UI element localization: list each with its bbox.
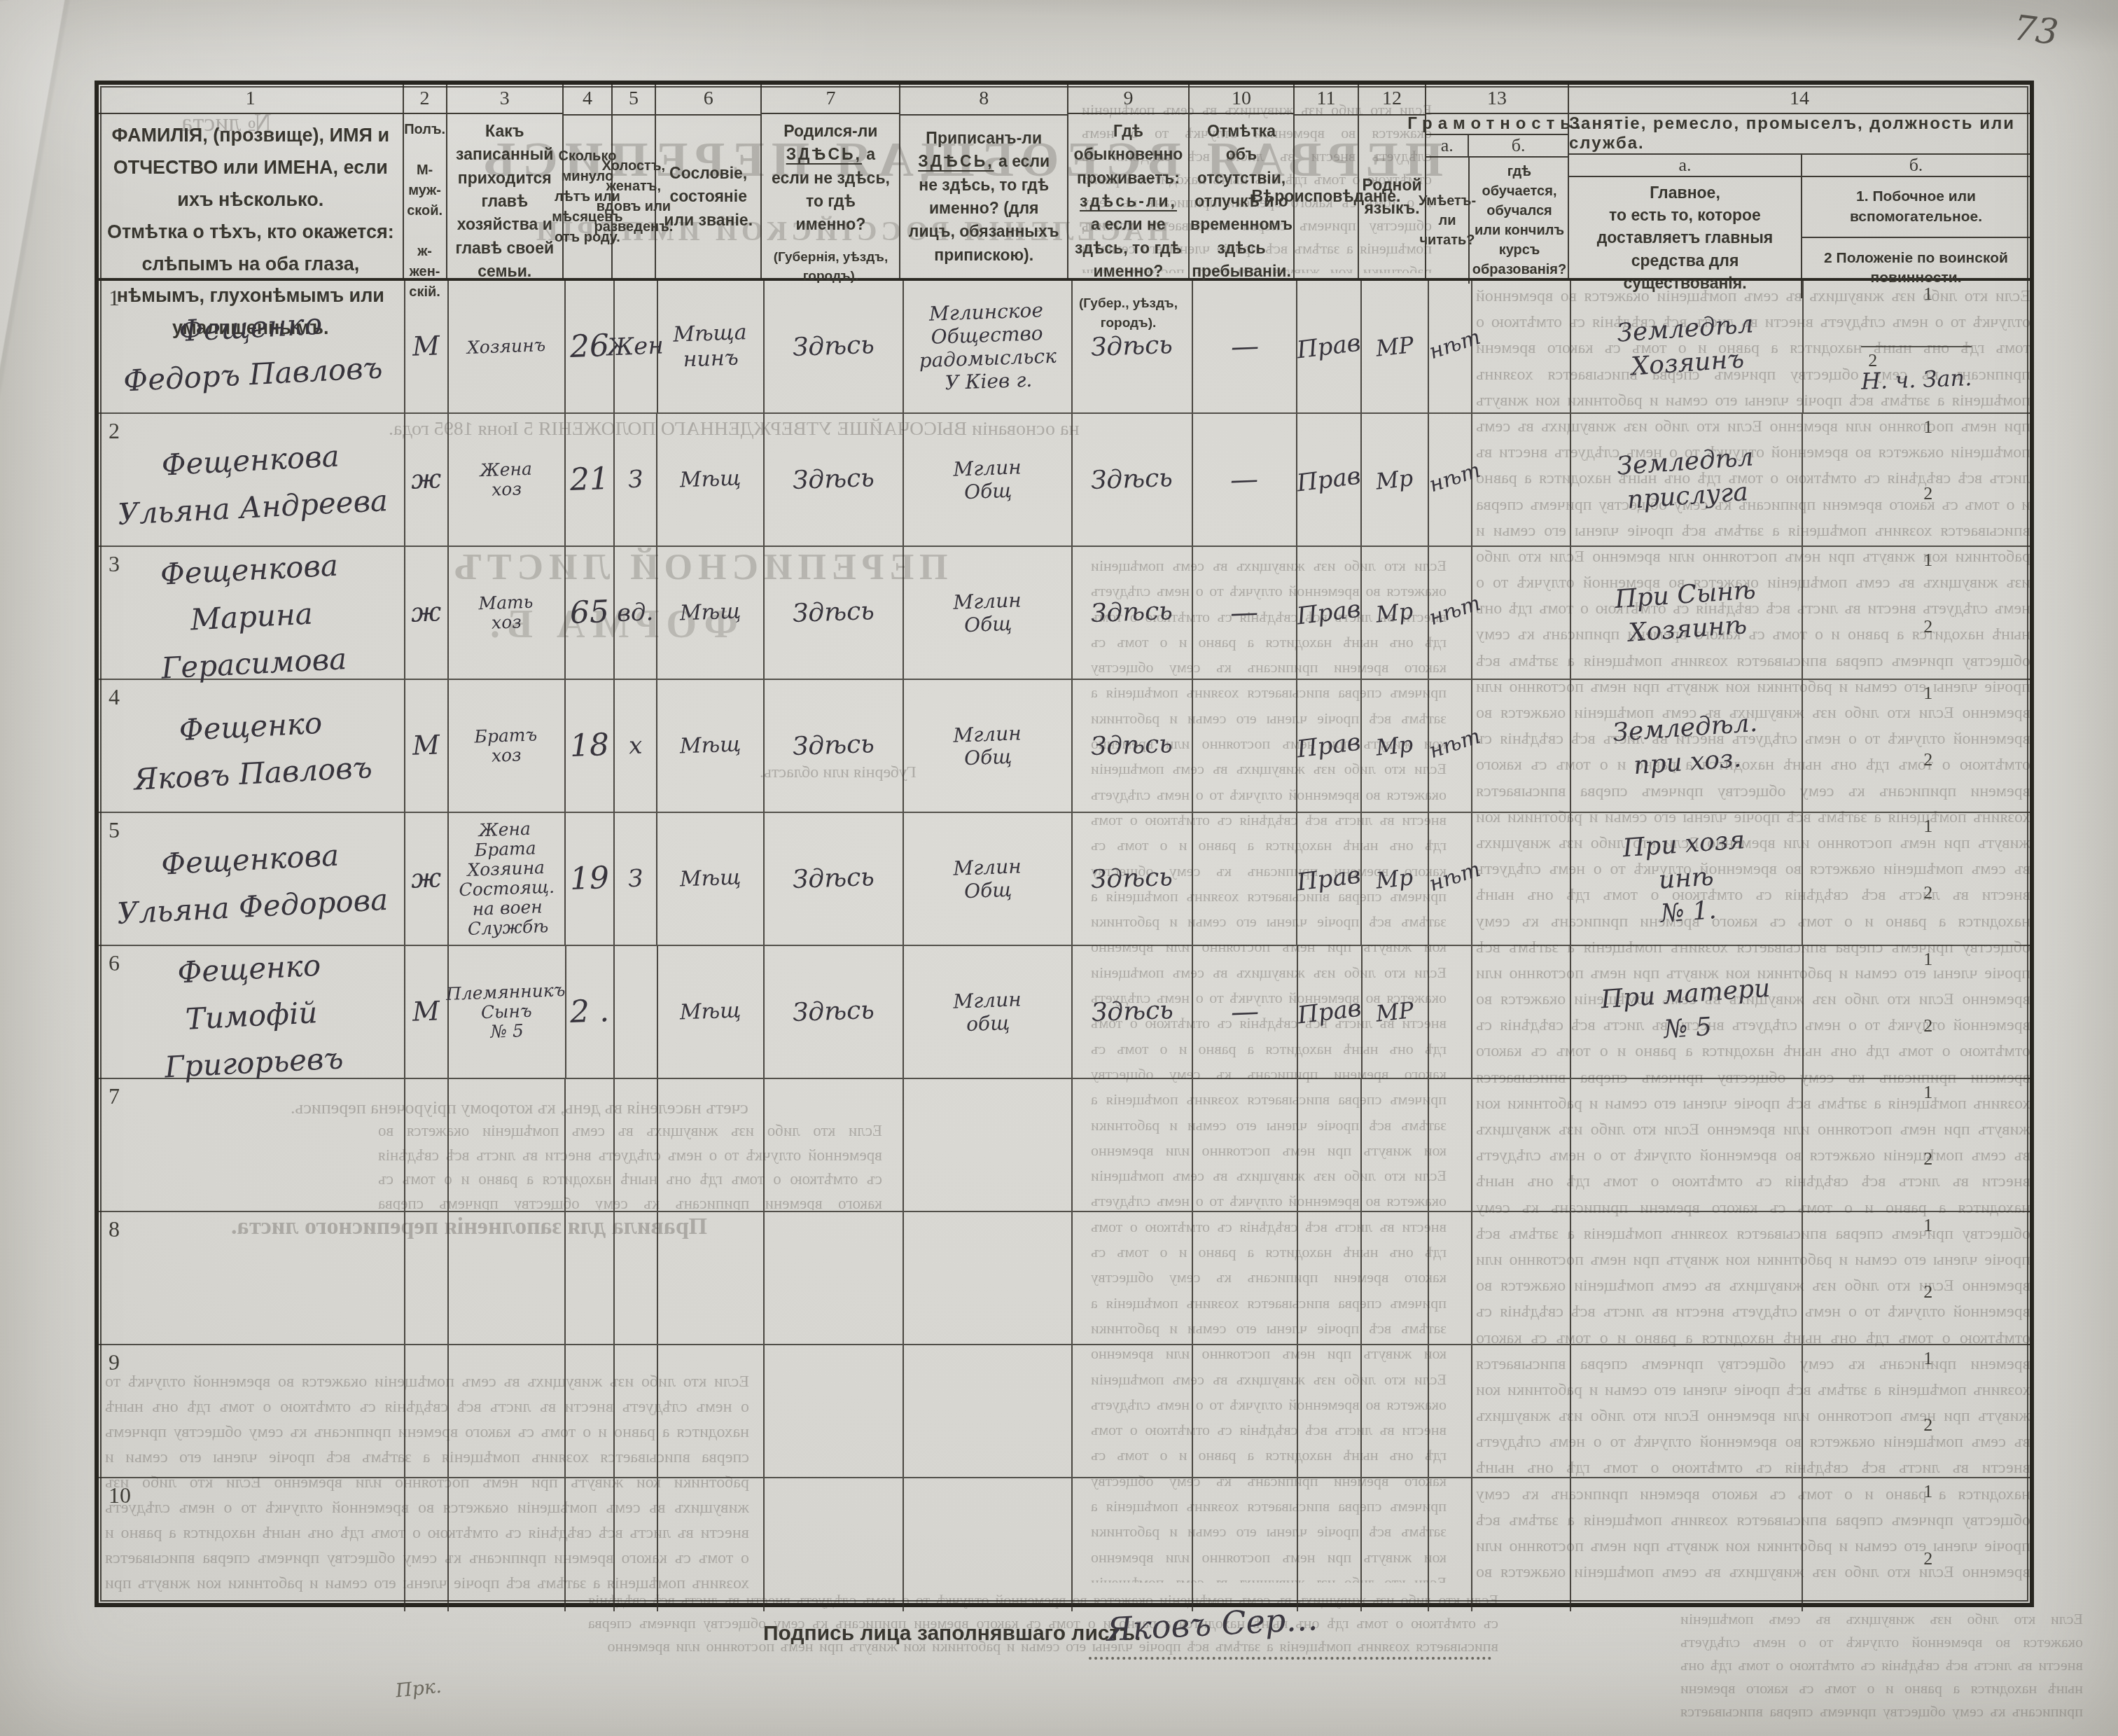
handwritten-entry: Прав: [1296, 994, 1363, 1030]
cell-c13a: [1429, 1212, 1472, 1344]
cell-c6: Мѣщ: [657, 547, 764, 679]
handwritten-entry: ж: [410, 596, 442, 629]
cell-c13b: [1472, 946, 1571, 1078]
printed-sub-number: 1: [1923, 284, 1932, 305]
cell-c7: Здѣсь: [765, 680, 904, 812]
cell-c9: [1073, 1079, 1193, 1211]
handwritten-entry: При Сынѣ Хозяинѣ: [1614, 574, 1760, 651]
table-row: 1012: [99, 1478, 2030, 1611]
cell-c8: [904, 1079, 1073, 1211]
cell-c3: [449, 1345, 566, 1477]
census-table: 1 ФАМИЛІЯ, (прозвище), ИМЯ и ОТЧЕСТВО ил…: [95, 81, 2034, 1607]
cell-c13b: [1472, 547, 1571, 679]
table-row: 812: [99, 1212, 2030, 1345]
cell-c1: 4Фещенко Яковъ Павловъ: [99, 680, 405, 812]
cell-c13b: [1472, 414, 1571, 546]
cell-c5: вд.: [615, 547, 658, 679]
cell-c13b: [1472, 813, 1571, 945]
handwritten-entry: Здѣсь: [792, 596, 875, 629]
printed-sub-number: 1: [1923, 417, 1932, 438]
table-row: 5Фещенкова Ульяна ФедороважЖена Брата Хо…: [99, 813, 2030, 946]
cell-c5: [615, 1478, 658, 1611]
handwritten-entry: МР: [1374, 997, 1415, 1027]
cell-c1: 10: [99, 1478, 405, 1611]
cell-c2: М: [405, 680, 449, 812]
column-title: Сословіе, состояніе или званіе.: [656, 116, 760, 278]
cell-c12: [1362, 1079, 1429, 1211]
cell-c14b: 12Н. ч. Зап.: [1804, 281, 2030, 412]
sub-label-b: б.: [1469, 135, 1568, 156]
handwritten-entry: Мглинское Общество радомысльск У Кіев г.: [917, 298, 1058, 396]
column-header-13-literacy: 13 Грамотность. а. б. Умѣетъ-ли читать? …: [1426, 85, 1569, 278]
handwritten-entry: 2 .: [570, 993, 611, 1032]
column-title: Холостъ, женатъ, вдовъ или разведенъ.: [613, 116, 655, 278]
cell-c11: [1298, 1478, 1363, 1611]
table-row: 2Фещенкова Ульяна АндрееважЖена хоз21ЗМѣ…: [99, 414, 2030, 547]
cell-c8: [904, 1478, 1073, 1611]
handwritten-entry: Здѣсь: [792, 463, 875, 496]
title-text: Родился-ли: [783, 122, 877, 140]
cell-c13b: [1472, 1079, 1571, 1211]
sub-title-a: Главное, то есть то, которое доставляетъ…: [1569, 177, 1802, 298]
cell-c13a: нѣт: [1429, 680, 1472, 812]
handwritten-entry: Мр: [1374, 464, 1414, 495]
cell-c8: Мглин общ: [904, 946, 1073, 1078]
cell-c4: 21: [566, 414, 615, 546]
handwritten-entry: Мѣщ: [679, 466, 741, 493]
cell-c14a: [1571, 1212, 1804, 1344]
printed-sub-number: 1: [1923, 550, 1932, 571]
handwritten-entry: Мглин Общ: [952, 854, 1022, 903]
cell-c4: [566, 1478, 615, 1611]
cell-c4: [566, 1079, 615, 1211]
handwritten-entry: Здѣсь: [793, 995, 875, 1028]
handwritten-entry: Здѣсь: [1091, 463, 1173, 496]
cell-c4: [566, 1212, 615, 1344]
printed-sub-number: 2: [1923, 483, 1932, 504]
cell-c9: Здѣсь: [1073, 813, 1193, 945]
printed-sub-number: 1: [1923, 816, 1932, 837]
cell-c2: [405, 1345, 449, 1477]
handwritten-entry: М: [412, 730, 440, 763]
printed-sub-number: 1: [1923, 1481, 1932, 1502]
cell-c12: МР: [1363, 946, 1430, 1078]
cell-c13b: [1472, 680, 1571, 812]
cell-c13a: нѣт: [1429, 414, 1472, 546]
cell-c2: [405, 1079, 449, 1211]
handwritten-entry: Прав: [1295, 861, 1363, 897]
cell-c7: [765, 1212, 904, 1344]
sub-title-b: гдѣ обучается, обучался или кончилъ курс…: [1470, 158, 1569, 284]
cell-c6: [658, 1478, 765, 1611]
row-number: 8: [109, 1216, 120, 1242]
cell-c4: 65: [566, 547, 615, 679]
handwritten-entry: Мр: [1374, 730, 1414, 761]
printed-sub-number: 2: [1923, 749, 1932, 770]
cell-c2: М: [405, 281, 449, 412]
handwritten-entry: Земледѣл прислуга: [1616, 441, 1757, 519]
column-number: 14: [1569, 85, 2030, 114]
cell-c11: Прав: [1297, 414, 1362, 546]
column-header-14-occupation: 14 Занятіе, ремесло, промыселъ, должност…: [1569, 85, 2030, 278]
cell-c11: Прав: [1297, 680, 1362, 812]
handwritten-entry: ж: [410, 463, 442, 496]
column-header-5: 5 Холостъ, женатъ, вдовъ или разведенъ.: [613, 85, 656, 278]
handwritten-entry: Мѣща нинъ: [673, 320, 748, 373]
cell-c9: Здѣсь: [1073, 414, 1193, 546]
handwritten-entry: Здѣсь: [1091, 862, 1173, 895]
handwritten-entry: ж: [410, 862, 442, 895]
cell-c10: —: [1193, 946, 1297, 1078]
column-title: Вѣроисповѣданіе.: [1295, 116, 1358, 278]
handwritten-entry: Мглин Общ: [952, 455, 1022, 504]
column-header-11: 11 Вѣроисповѣданіе.: [1295, 85, 1359, 278]
cell-c1: 7: [99, 1079, 405, 1211]
column-number: 10: [1190, 85, 1293, 114]
handwritten-entry: МР: [1374, 331, 1415, 362]
cell-c13b: [1472, 281, 1571, 412]
handwritten-entry: Здѣсь: [1091, 330, 1173, 363]
handwritten-entry: При матери № 5: [1600, 972, 1774, 1052]
cell-c9: Здѣсь: [1073, 680, 1193, 812]
handwritten-entry: Братъ хоз: [475, 725, 539, 766]
column-number: 5: [613, 85, 655, 116]
handwritten-entry: Жен: [606, 331, 664, 362]
handwritten-entry: —: [1230, 595, 1260, 630]
sub-title-b1: 1. Побочное или вспомогательное.: [1802, 177, 2030, 238]
cell-c10: [1193, 680, 1297, 812]
handwritten-entry: Жена хоз: [480, 459, 533, 501]
title-text: Приписанъ-ли: [926, 129, 1042, 147]
cell-c3: [449, 1212, 566, 1344]
column-title: Родной языкъ.: [1359, 116, 1425, 278]
cell-c8: Мглинское Общество радомысльск У Кіев г.: [904, 281, 1073, 412]
cell-c13a: [1429, 946, 1472, 1078]
row-number: 7: [109, 1083, 120, 1109]
handwritten-entry: Мѣщ: [679, 599, 741, 626]
handwritten-entry: Прав: [1295, 595, 1363, 631]
printed-sub-number: 1: [1923, 1215, 1932, 1236]
column-header-3: 3 Какъ записанный приходится главѣ хозяй…: [447, 85, 564, 278]
cell-c11: [1298, 1345, 1363, 1477]
column-number: 11: [1295, 85, 1358, 116]
cell-c7: Здѣсь: [765, 281, 904, 412]
cell-c14b: 12: [1803, 1345, 2030, 1477]
cell-c13a: [1429, 1478, 1472, 1611]
cell-c10: [1193, 1079, 1297, 1211]
cell-c12: Мр: [1362, 414, 1429, 546]
cell-c2: ж: [405, 414, 449, 546]
handwritten-entry: —: [1230, 994, 1260, 1029]
table-header: 1 ФАМИЛІЯ, (прозвище), ИМЯ и ОТЧЕСТВО ил…: [99, 85, 2030, 281]
cell-c13a: [1429, 1345, 1472, 1477]
cell-c1: 8: [99, 1212, 405, 1344]
cell-c9: [1073, 1345, 1193, 1477]
handwritten-entry: Жена Брата Хозяина Состоящ. на воен Служ…: [457, 819, 556, 940]
handwritten-entry: Мать хоз: [478, 592, 534, 634]
column-number: 12: [1359, 85, 1425, 116]
sub-title-a: Умѣетъ-ли читать?: [1426, 158, 1470, 284]
cell-c3: Племянникъ Сынъ № 5: [449, 946, 566, 1078]
handwritten-entry: Мр: [1374, 597, 1414, 628]
title-text: а если не здѣсь, то гдѣ именно?: [1075, 215, 1182, 280]
handwritten-entry: Здѣсь: [1091, 995, 1173, 1028]
column-title: Полъ. М-муж- ской. ж-жен- скій.: [404, 114, 446, 308]
table-row: 712: [99, 1079, 2030, 1212]
handwritten-entry: Мглин Общ: [952, 588, 1022, 637]
cell-c2: М: [405, 946, 449, 1078]
printed-sub-number: 1: [1923, 683, 1932, 704]
printed-sub-number: 2: [1923, 882, 1932, 903]
cell-c9: [1073, 1478, 1193, 1611]
cell-c8: [904, 1345, 1073, 1477]
cell-c6: [658, 1345, 765, 1477]
printed-sub-number: 1: [1923, 1082, 1932, 1103]
handwritten-entry: 26: [569, 328, 610, 366]
cell-c6: [658, 1212, 765, 1344]
sub-title-b: 1. Побочное или вспомогательное. 2 Полож…: [1802, 177, 2030, 298]
handwritten-entry: х: [628, 731, 643, 760]
cell-c4: 19: [566, 813, 615, 945]
cell-c8: Мглин Общ: [904, 414, 1073, 546]
cell-c3: Мать хоз: [449, 547, 566, 679]
cell-c5: [615, 1079, 658, 1211]
column-header-7: 7 Родился-ли ЗДѢСЬ, а если не здѣсь, то …: [762, 85, 900, 278]
column-number: 8: [900, 85, 1067, 116]
handwritten-entry: З: [627, 465, 643, 494]
cell-c14b: 12: [1803, 414, 2030, 546]
cell-c14a: Земледѣл. при хоз.: [1571, 680, 1803, 812]
handwritten-entry: —: [1230, 462, 1260, 497]
cell-c1: 9: [99, 1345, 405, 1477]
handwritten-entry: Фещенко Тимофій Григорьевъ: [95, 929, 407, 1095]
cell-c4: [566, 1345, 615, 1477]
cell-c8: Мглин Общ: [904, 813, 1073, 945]
handwritten-entry: Племянникъ Сынъ № 5: [446, 980, 567, 1043]
cell-c12: Мр: [1362, 680, 1429, 812]
cell-c13a: нѣт: [1429, 813, 1472, 945]
cell-c14a: [1571, 1079, 1804, 1211]
scanned-census-sheet: № листа.ПЕРВАЯ ВСЕОБЩАЯ ПЕРЕПИСЬНАСЕЛЕНІ…: [0, 0, 2118, 1736]
cell-c14b: 12: [1803, 1478, 2030, 1611]
cell-c3: Жена Брата Хозяина Состоящ. на воен Служ…: [449, 813, 566, 945]
cell-c7: Здѣсь: [765, 813, 904, 945]
signature-line: [1089, 1657, 1491, 1660]
cell-c13b: [1472, 1345, 1571, 1477]
table-row: 4Фещенко Яковъ ПавловъМБратъ хоз18хМѣщЗд…: [99, 680, 2030, 813]
column-number: 4: [564, 85, 611, 116]
cell-c11: Прав: [1297, 813, 1362, 945]
column-header-8: 8 Приписанъ-ли ЗДѢСЬ, а если не здѣсь, т…: [900, 85, 1068, 278]
sub-label-a: а.: [1426, 135, 1469, 156]
column-header-1: 1 ФАМИЛІЯ, (прозвище), ИМЯ и ОТЧЕСТВО ил…: [99, 85, 404, 278]
handwritten-entry: Прав: [1295, 328, 1363, 365]
cell-c9: [1073, 1212, 1193, 1344]
cell-c7: [765, 1345, 904, 1477]
handwritten-entry: Прав: [1295, 728, 1363, 764]
cell-c13b: [1472, 1212, 1571, 1344]
cell-c14b: 12: [1804, 946, 2030, 1078]
cell-c8: Мглин Общ: [904, 547, 1073, 679]
cell-c2: ж: [405, 813, 449, 945]
cell-c13a: [1429, 1079, 1472, 1211]
page-number-handwritten: 73: [2012, 7, 2061, 53]
handwritten-entry: 19: [569, 860, 610, 898]
column-header-10: 10 Отмѣтка объ отсутствіи, отлучкѣ и о в…: [1190, 85, 1295, 278]
handwritten-entry: 18: [569, 727, 610, 765]
cell-c5: [615, 1212, 658, 1344]
cell-c12: [1362, 1212, 1429, 1344]
table-body: 1Фещенко Федоръ ПавловъМХозяинъ26ЖенМѣща…: [99, 281, 2030, 1611]
column-title: Какъ записанный приходится главѣ хозяйст…: [447, 114, 562, 289]
handwritten-entry: Фещенко Федоръ Павловъ: [119, 289, 384, 405]
row-number: 1: [109, 285, 120, 311]
cell-c10: —: [1193, 281, 1297, 412]
cell-c1: 6Фещенко Тимофій Григорьевъ: [99, 946, 405, 1078]
column-header-2: 2 Полъ. М-муж- ской. ж-жен- скій.: [404, 85, 447, 278]
cell-c13a: нѣт: [1429, 547, 1472, 679]
handwritten-entry: Прав: [1295, 461, 1363, 498]
cell-c12: Мр: [1362, 813, 1429, 945]
table-row: 912: [99, 1345, 2030, 1478]
cell-c1: 3Фещенкова Марина Герасимова: [99, 547, 405, 679]
cell-c3: Жена хоз: [449, 414, 566, 546]
row-number: 10: [109, 1482, 131, 1508]
cell-c9: Здѣсь: [1073, 946, 1193, 1078]
printed-sub-number: 2: [1923, 1148, 1932, 1169]
row-number: 4: [109, 684, 120, 710]
handwritten-entry: Земледѣл. при хоз.: [1612, 707, 1761, 784]
cell-c6: [658, 1079, 765, 1211]
printed-sub-number: 2: [1923, 1015, 1932, 1036]
cell-c7: [765, 1079, 904, 1211]
cell-c11: [1298, 1079, 1363, 1211]
title-underlined: здѣсь-ли,: [1080, 192, 1177, 210]
cell-c6: Мѣщ: [657, 813, 764, 945]
cell-c5: [615, 946, 658, 1078]
cell-c14b: 12: [1803, 1212, 2030, 1344]
cell-c13a: нѣт: [1429, 281, 1472, 412]
cell-c14a: При матери № 5: [1571, 946, 1803, 1078]
handwritten-entry: Фещенкова Марина Герасимова: [95, 530, 408, 695]
cell-c14b: 12: [1803, 813, 2030, 945]
column-number: 3: [447, 85, 562, 114]
cell-c14a: Земледѣл прислуга: [1571, 414, 1803, 546]
printed-sub-number: 1: [1923, 1348, 1932, 1369]
handwritten-entry: Фещенкова Ульяна Федорова: [113, 821, 389, 937]
cell-c11: Прав: [1298, 946, 1363, 1078]
cell-c12: [1362, 1345, 1429, 1477]
printed-sub-number: 2: [1923, 1282, 1932, 1303]
handwritten-entry: Мглин Общ: [952, 721, 1022, 770]
handwritten-entry: Мѣщ: [679, 732, 741, 759]
column-number: 7: [762, 85, 899, 114]
handwritten-entry: Фещенко Яковъ Павловъ: [130, 688, 373, 803]
handwritten-entry: При хозя инѣ № 1.: [1622, 824, 1751, 934]
printed-sub-number: 1: [1923, 949, 1932, 970]
bleed-through-paragraph: Если кто либо изъ живущихъ въ семъ помѣщ…: [1680, 1607, 2083, 1719]
cell-c5: З: [615, 414, 658, 546]
cell-c14a: Земледѣл Хозяинъ: [1571, 281, 1803, 412]
title-underlined: ЗДѢСЬ,: [786, 145, 862, 163]
handwritten-entry: —: [1230, 329, 1260, 363]
cell-c9: Здѣсь: [1073, 547, 1193, 679]
cell-c5: х: [615, 680, 658, 812]
handwritten-entry: Мѣщ: [680, 998, 741, 1025]
cell-c10: —: [1193, 414, 1297, 546]
cell-c6: Мѣщ: [657, 680, 764, 812]
column-number: 1: [99, 85, 403, 114]
cell-c5: [615, 1345, 658, 1477]
printed-sub-number: 2: [1923, 1548, 1932, 1569]
cell-c4: 18: [566, 680, 615, 812]
table-row: 3Фещенкова Марина ГерасимоважМать хоз65в…: [99, 547, 2030, 680]
cell-c12: Мр: [1362, 547, 1429, 679]
handwritten-entry: Здѣсь: [792, 862, 875, 895]
handwritten-entry: 65: [569, 594, 610, 632]
handwritten-entry: М: [412, 996, 440, 1029]
row-number: 9: [109, 1349, 120, 1375]
cell-c14b: 12: [1803, 1079, 2030, 1211]
cell-c7: Здѣсь: [765, 547, 904, 679]
cell-c1: 5Фещенкова Ульяна Федорова: [99, 813, 405, 945]
title-underlined: ЗДѢСЬ,: [918, 152, 994, 170]
column-number: 13: [1426, 85, 1568, 114]
column-number: 2: [404, 85, 446, 114]
sub-label-a: а.: [1569, 155, 1802, 176]
cell-c8: [904, 1212, 1073, 1344]
column-number: 9: [1068, 85, 1188, 114]
cell-c3: Братъ хоз: [449, 680, 566, 812]
cell-c9: Здѣсь: [1073, 281, 1193, 412]
handwritten-entry: Хозяинъ: [467, 335, 546, 358]
cell-c10: [1193, 1345, 1297, 1477]
cell-c7: [765, 1478, 904, 1611]
group-title: Занятіе, ремесло, промыселъ, должность и…: [1569, 114, 2030, 155]
cell-c11: Прав: [1297, 281, 1362, 412]
cell-c10: [1193, 1212, 1297, 1344]
cell-c2: [405, 1478, 449, 1611]
cell-c5: З: [615, 813, 658, 945]
cell-c7: Здѣсь: [765, 946, 904, 1078]
column-header-9: 9 Гдѣ обыкновенно проживаетъ: здѣсь-ли, …: [1068, 85, 1190, 278]
cell-c14b: 12: [1803, 680, 2030, 812]
cell-c8: Мглин Общ: [904, 680, 1073, 812]
cell-c14b: 12: [1803, 547, 2030, 679]
cell-c14b2: 2Н. ч. Зап.: [1861, 346, 1972, 412]
handwritten-entry: З: [627, 864, 643, 894]
cell-c10: [1193, 813, 1297, 945]
cell-c10: [1193, 1478, 1297, 1611]
cell-c14a: При Сынѣ Хозяинѣ: [1571, 547, 1803, 679]
cell-c12: МР: [1362, 281, 1429, 412]
cell-c2: ж: [405, 547, 449, 679]
cell-c3: Хозяинъ: [449, 281, 566, 412]
handwritten-entry: Мѣщ: [679, 865, 741, 892]
column-header-6: 6 Сословіе, состояніе или званіе.: [656, 85, 762, 278]
table-row: 6Фещенко Тимофій ГригорьевъМПлемянникъ С…: [99, 946, 2030, 1079]
cell-c6: Мѣщ: [657, 414, 764, 546]
cell-c14a: [1571, 1478, 1804, 1611]
column-title: Приписанъ-ли ЗДѢСЬ, а если не здѣсь, то …: [900, 116, 1067, 278]
table-row: 1Фещенко Федоръ ПавловъМХозяинъ26ЖенМѣща…: [99, 281, 2030, 414]
cell-c11: Прав: [1297, 547, 1362, 679]
cell-c1: 1Фещенко Федоръ Павловъ: [99, 281, 405, 412]
printed-sub-number: 2: [1923, 616, 1932, 637]
handwritten-entry: М: [412, 331, 440, 363]
cell-c5: Жен: [615, 281, 658, 412]
handwritten-entry: Здѣсь: [1091, 596, 1173, 629]
